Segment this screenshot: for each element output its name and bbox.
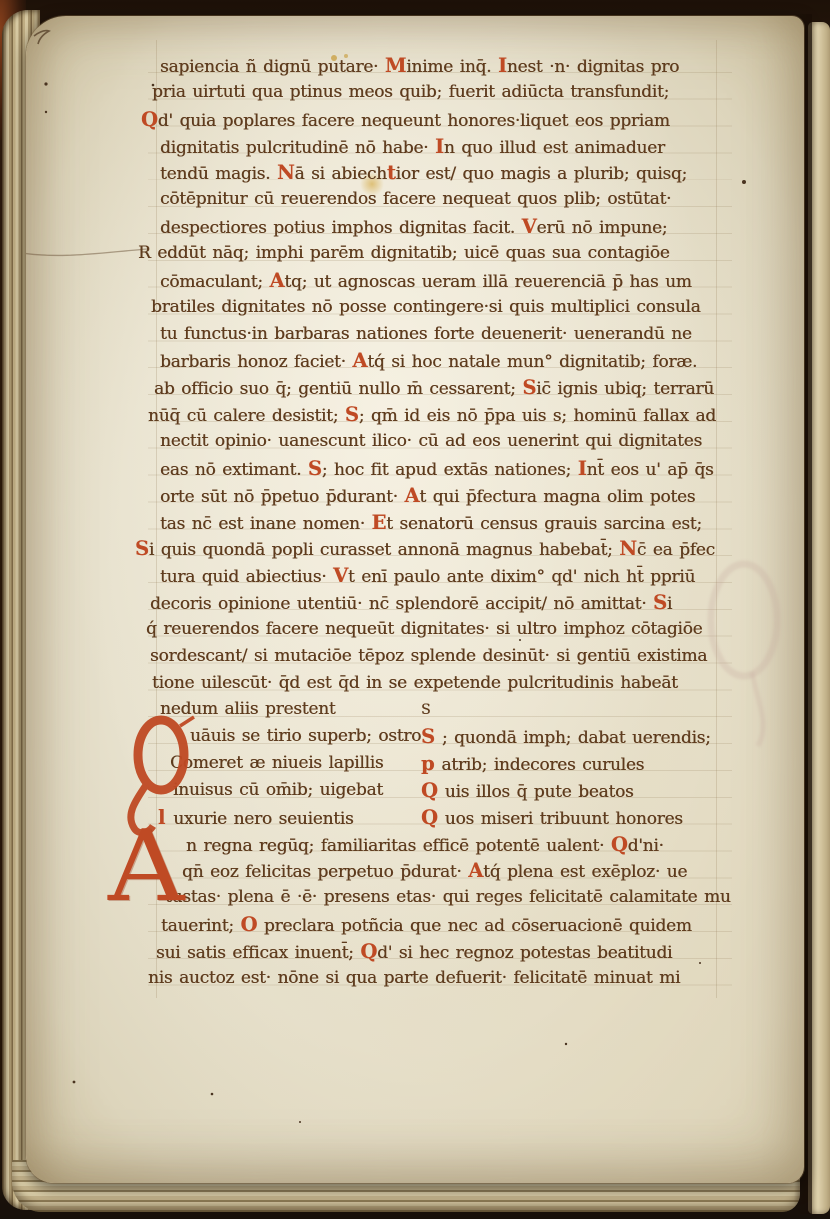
ink-text: R [138, 243, 157, 263]
ink-text: uis illos q̄ pute beatos [445, 782, 634, 802]
rubricated-text: I [435, 135, 444, 158]
rubricated-text: S [653, 591, 667, 614]
ink-text: n regna regūq; familiaritas efficē poten… [186, 836, 611, 856]
text-line: tendū magis. Nā si abiechtior est/ quo m… [160, 159, 687, 186]
ink-text: nūq̄ cū calere desistit; [148, 406, 345, 426]
ink-text: tendū magis. [160, 164, 277, 184]
text-line: orte sūt nō p̄petuo p̄durant· At qui p̄f… [160, 482, 695, 509]
ink-text: atrib; indecores curules [441, 755, 644, 775]
ink-text: ic̄ ignis ubiq; terrarū [536, 379, 714, 399]
ink-text: nis auctoz est· nōne si qua parte defuer… [148, 968, 680, 988]
ink-text: i quis quondā popli curasset annonā magn… [149, 540, 619, 560]
rubricated-text: N [619, 537, 637, 560]
ink-text: tura quid abiectius· [160, 567, 333, 587]
rubricated-text: V [522, 215, 537, 238]
ink-text: q́ reuerendos facere nequeūt dignitates·… [146, 619, 702, 639]
text-line: cōtēpnitur cū reuerendos facere nequeat … [160, 186, 671, 213]
rubricated-text: S [308, 457, 322, 480]
rubricated-text: A [352, 349, 367, 372]
ink-text: qn̄ eoz felicitas perpetuo p̄durat· [182, 862, 468, 882]
text-line: qn̄ eoz felicitas perpetuo p̄durat· Atq́… [182, 857, 687, 884]
text-line: tu functus·in barbaras nationes forte de… [160, 321, 692, 348]
ink-text: ior est/ quo magis a plurib; quisq; [396, 164, 687, 184]
ink-text: d' si hec regnoz potestas beatitudi [377, 943, 672, 963]
ink-text: tione uilescūt· q̄d est q̄d in se expete… [152, 673, 678, 693]
rubricated-text: I [578, 457, 587, 480]
ink-text: tas nc̄ est inane nomen· [160, 514, 372, 534]
text-line: ab officio suo q̄; gentiū nullo m̄ cessa… [154, 374, 714, 401]
ink-text: t enī paulo ante dixim° qd' nich ht̄ ppr… [348, 567, 695, 587]
rubricated-text: Q [141, 108, 158, 131]
rubricated-text: E [372, 511, 387, 534]
ink-text: t senatorū census grauis sarcina est; [386, 514, 702, 534]
text-line: patrib; indecores curules [421, 750, 644, 777]
ink-text: tq́ si hoc natale mun° dignitatib; foræ. [367, 352, 697, 372]
rubricated-text: I [498, 54, 507, 77]
ink-text: nectit opinio· uanescunt ilico· cū ad eo… [160, 431, 702, 451]
rubricated-text: S [135, 537, 149, 560]
ink-text: n quo illud est animaduer [444, 138, 665, 158]
text-line: pria uirtuti qua ptinus meos quib; fueri… [152, 79, 669, 106]
text-line: Qd' quia poplares facere nequeunt honore… [141, 106, 670, 133]
ink-text: decoris opinione utentiū· nc̄ splendorē … [150, 594, 653, 614]
text-line: uāuis se tirio superb; ostro [190, 723, 421, 750]
text-line: sui satis efficax inuent̄; Qd' si hec re… [156, 938, 672, 965]
text-line: Si quis quondā popli curasset annonā mag… [135, 535, 715, 562]
text-line: eas nō extimant. S; hoc fit apud extās n… [160, 455, 714, 482]
text-rows: sapiencia ñ dignū putare· Minime inq̄. I… [26, 16, 804, 1183]
text-line: tura quid abiectius· Vt enī paulo ante d… [160, 562, 695, 589]
text-line: n regna regūq; familiaritas efficē poten… [186, 831, 664, 858]
rubricated-text: V [333, 564, 348, 587]
text-line: Comeret æ niueis lapillis [170, 750, 383, 777]
rubricated-text: Q [421, 806, 438, 829]
ink-text: uos miseri tribuunt honores [445, 809, 683, 829]
text-line: Quos miseri tribuunt honores [421, 804, 683, 831]
rubricated-text: Q [421, 779, 438, 802]
text-line: barbaris honoz faciet· Atq́ si hoc natal… [160, 347, 697, 374]
text-line: inuisus cū om̄ib; uigebat [173, 777, 383, 804]
ink-text: d'ni· [628, 836, 664, 856]
rubricated-text: p [421, 752, 434, 775]
ink-text: nt̄ eos u' ap̄ q̄s [587, 460, 714, 480]
text-line: despectiores potius imphos dignitas faci… [160, 213, 667, 240]
text-line: Quis illos q̄ pute beatos [421, 777, 634, 804]
ink-text: tq; ut agnoscas ueram illā reuerenciā p̄… [284, 272, 691, 292]
ink-text: tu functus·in barbaras nationes forte de… [160, 324, 692, 344]
rubricated-text: M [385, 54, 406, 77]
text-line: l uxurie nero seuientis [158, 804, 353, 831]
ink-text: nest ·n· dignitas pro [507, 57, 679, 77]
text-line: tustas· plena ē ·ē· presens etas· qui re… [165, 884, 731, 911]
ink-text: ; hoc fit apud extās nationes; [322, 460, 578, 480]
ink-text: ab officio suo q̄; gentiū nullo m̄ cessa… [154, 379, 522, 399]
initial-a: A [108, 818, 184, 916]
rubricated-text: A [404, 484, 419, 507]
ink-text: dignitatis pulcritudinē nō habe· [160, 138, 435, 158]
rubricated-text: Q [611, 833, 628, 856]
text-line: R eddūt nāq; imphi parēm dignitatib; uic… [138, 240, 670, 267]
ink-text: preclara potñcia que nec ad cōseruacionē… [257, 916, 691, 936]
ink-text: cōtēpnitur cū reuerendos facere nequeat … [160, 189, 671, 209]
page-content: sapiencia ñ dignū putare· Minime inq̄. I… [26, 16, 804, 1183]
rubricated-text: A [468, 859, 483, 882]
ink-text: d' quia poplares facere nequeunt honores… [158, 111, 670, 131]
ink-text: ā si abiech [295, 164, 387, 184]
text-line: nis auctoz est· nōne si qua parte defuer… [148, 965, 680, 992]
ink-text: cōmaculant; [160, 272, 269, 292]
text-line: sapiencia ñ dignū putare· Minime inq̄. I… [160, 52, 679, 79]
text-line: tauerint; O preclara potñcia que nec ad … [161, 911, 692, 938]
ink-text: nedum aliis prestent [160, 699, 335, 719]
text-line: decoris opinione utentiū· nc̄ splendorē … [150, 589, 672, 616]
text-line: nedum aliis prestent [160, 696, 335, 723]
rubricated-text: O [240, 913, 257, 936]
ink-text: eddūt nāq; imphi parēm dignitatib; uicē … [157, 243, 669, 263]
text-line: q́ reuerendos facere nequeūt dignitates·… [146, 616, 702, 643]
ink-text: sapiencia ñ dignū putare· [160, 57, 385, 77]
text-line: cōmaculant; Atq; ut agnoscas ueram illā … [160, 267, 692, 294]
ink-text: uxurie nero seuientis [173, 809, 353, 829]
ink-text: ; quondā imph; dabat uerendis; [442, 728, 711, 748]
ink-text: tq́ plena est exēploz· ue [483, 862, 687, 882]
ink-text: S [421, 702, 430, 718]
text-line: nectit opinio· uanescunt ilico· cū ad eo… [160, 428, 702, 455]
ink-text: c̄ ea p̄fec [637, 540, 715, 560]
manuscript-page: sapiencia ñ dignū putare· Minime inq̄. I… [26, 16, 804, 1183]
rubricated-text: Q [360, 940, 377, 963]
ink-text: tustas· plena ē ·ē· presens etas· qui re… [165, 887, 731, 907]
rubricated-text: A [269, 269, 284, 292]
rubricated-text: t [387, 161, 396, 184]
ink-text: Comeret æ niueis lapillis [170, 753, 383, 773]
text-line: tas nc̄ est inane nomen· Et senatorū cen… [160, 509, 702, 536]
text-line: nūq̄ cū calere desistit; S; qm̄ id eis n… [148, 401, 716, 428]
text-line: S; quondā imph; dabat uerendis; [421, 723, 711, 750]
ink-text: despectiores potius imphos dignitas faci… [160, 218, 522, 238]
rubricated-text: S [421, 725, 435, 748]
ink-text: eas nō extimant. [160, 460, 308, 480]
ink-text: sordescant/ si mutaciōe tēpoz splende de… [150, 646, 707, 666]
ink-text: inime inq̄. [406, 57, 498, 77]
ink-text: barbaris honoz faciet· [160, 352, 352, 372]
text-line: sordescant/ si mutaciōe tēpoz splende de… [150, 643, 707, 670]
rubricated-text: S [522, 376, 536, 399]
ink-text: ; qm̄ id eis nō p̄pa uis s; hominū falla… [359, 406, 716, 426]
ink-text: t qui p̄fectura magna olim potes [419, 487, 695, 507]
ink-text: erū nō impune; [537, 218, 668, 238]
text-line: tione uilescūt· q̄d est q̄d in se expete… [152, 670, 678, 697]
ink-text: uāuis se tirio superb; ostro [190, 726, 421, 746]
ink-text: inuisus cū om̄ib; uigebat [173, 780, 383, 800]
ink-text: orte sūt nō p̄petuo p̄durant· [160, 487, 404, 507]
guide-letter: S [421, 697, 430, 724]
rubricated-text: N [277, 161, 295, 184]
ink-text: pria uirtuti qua ptinus meos quib; fueri… [152, 82, 669, 102]
ink-text: bratiles dignitates nō posse contingere·… [151, 297, 701, 317]
rubricated-text: S [345, 403, 359, 426]
ink-text: sui satis efficax inuent̄; [156, 943, 360, 963]
ink-text: i [667, 594, 672, 614]
text-line: dignitatis pulcritudinē nō habe· In quo … [160, 133, 665, 160]
text-line: bratiles dignitates nō posse contingere·… [151, 294, 701, 321]
